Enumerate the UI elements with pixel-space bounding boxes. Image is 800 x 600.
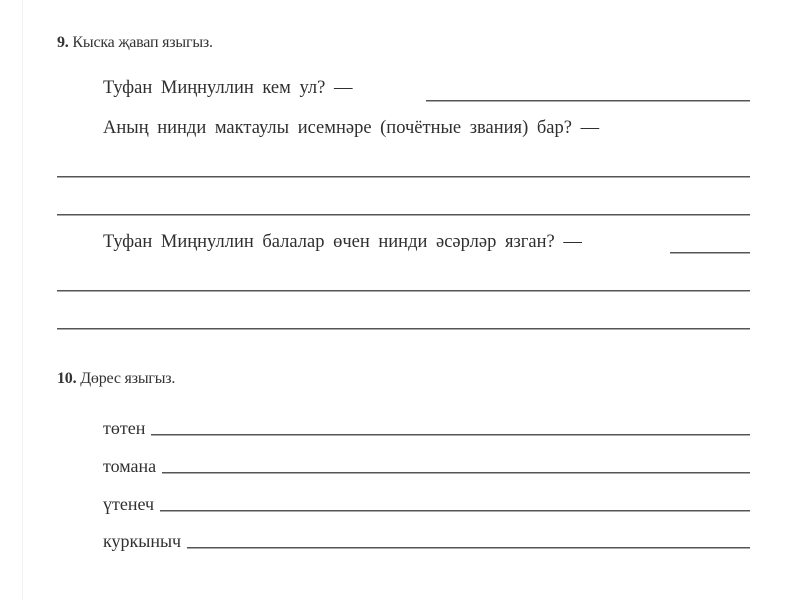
word-answer-line[interactable]	[187, 547, 750, 549]
word-label: куркыныч	[103, 531, 187, 551]
question-1: Туфан Миңнуллин кем ул? —	[103, 78, 352, 99]
task-10-number: 10.	[57, 370, 76, 387]
question-2: Аның нинди мактаулы исемнәре (почётные з…	[103, 118, 599, 139]
word-label: томана	[103, 456, 162, 476]
question-3: Туфан Миңнуллин балалар өчен нинди әсәрл…	[103, 232, 582, 253]
word-row-3: үтенеч	[103, 494, 750, 514]
answer-line-q3[interactable]	[670, 252, 750, 254]
answer-line-q3-1[interactable]	[57, 290, 750, 292]
task-9-number: 9.	[57, 34, 69, 51]
word-answer-line[interactable]	[151, 434, 750, 436]
task-10-instruction: Дөрес языгыз.	[80, 370, 175, 387]
word-row-2: томана	[103, 456, 750, 476]
word-row-4: куркыныч	[103, 531, 750, 551]
answer-line-q2-1[interactable]	[57, 176, 750, 178]
word-label: төтен	[103, 418, 151, 438]
task-9-heading: 9. Кыска җавап языгыз.	[57, 34, 213, 52]
answer-line-q3-2[interactable]	[57, 328, 750, 330]
word-answer-line[interactable]	[160, 510, 750, 512]
task-9-instruction: Кыска җавап языгыз.	[72, 34, 212, 51]
page-edge	[22, 0, 23, 600]
task-10-heading: 10. Дөрес языгыз.	[57, 370, 175, 388]
answer-line-q2-2[interactable]	[57, 214, 750, 216]
word-label: үтенеч	[103, 494, 160, 514]
word-row-1: төтен	[103, 418, 750, 438]
answer-line-q1[interactable]	[426, 100, 750, 102]
word-answer-line[interactable]	[162, 472, 750, 474]
